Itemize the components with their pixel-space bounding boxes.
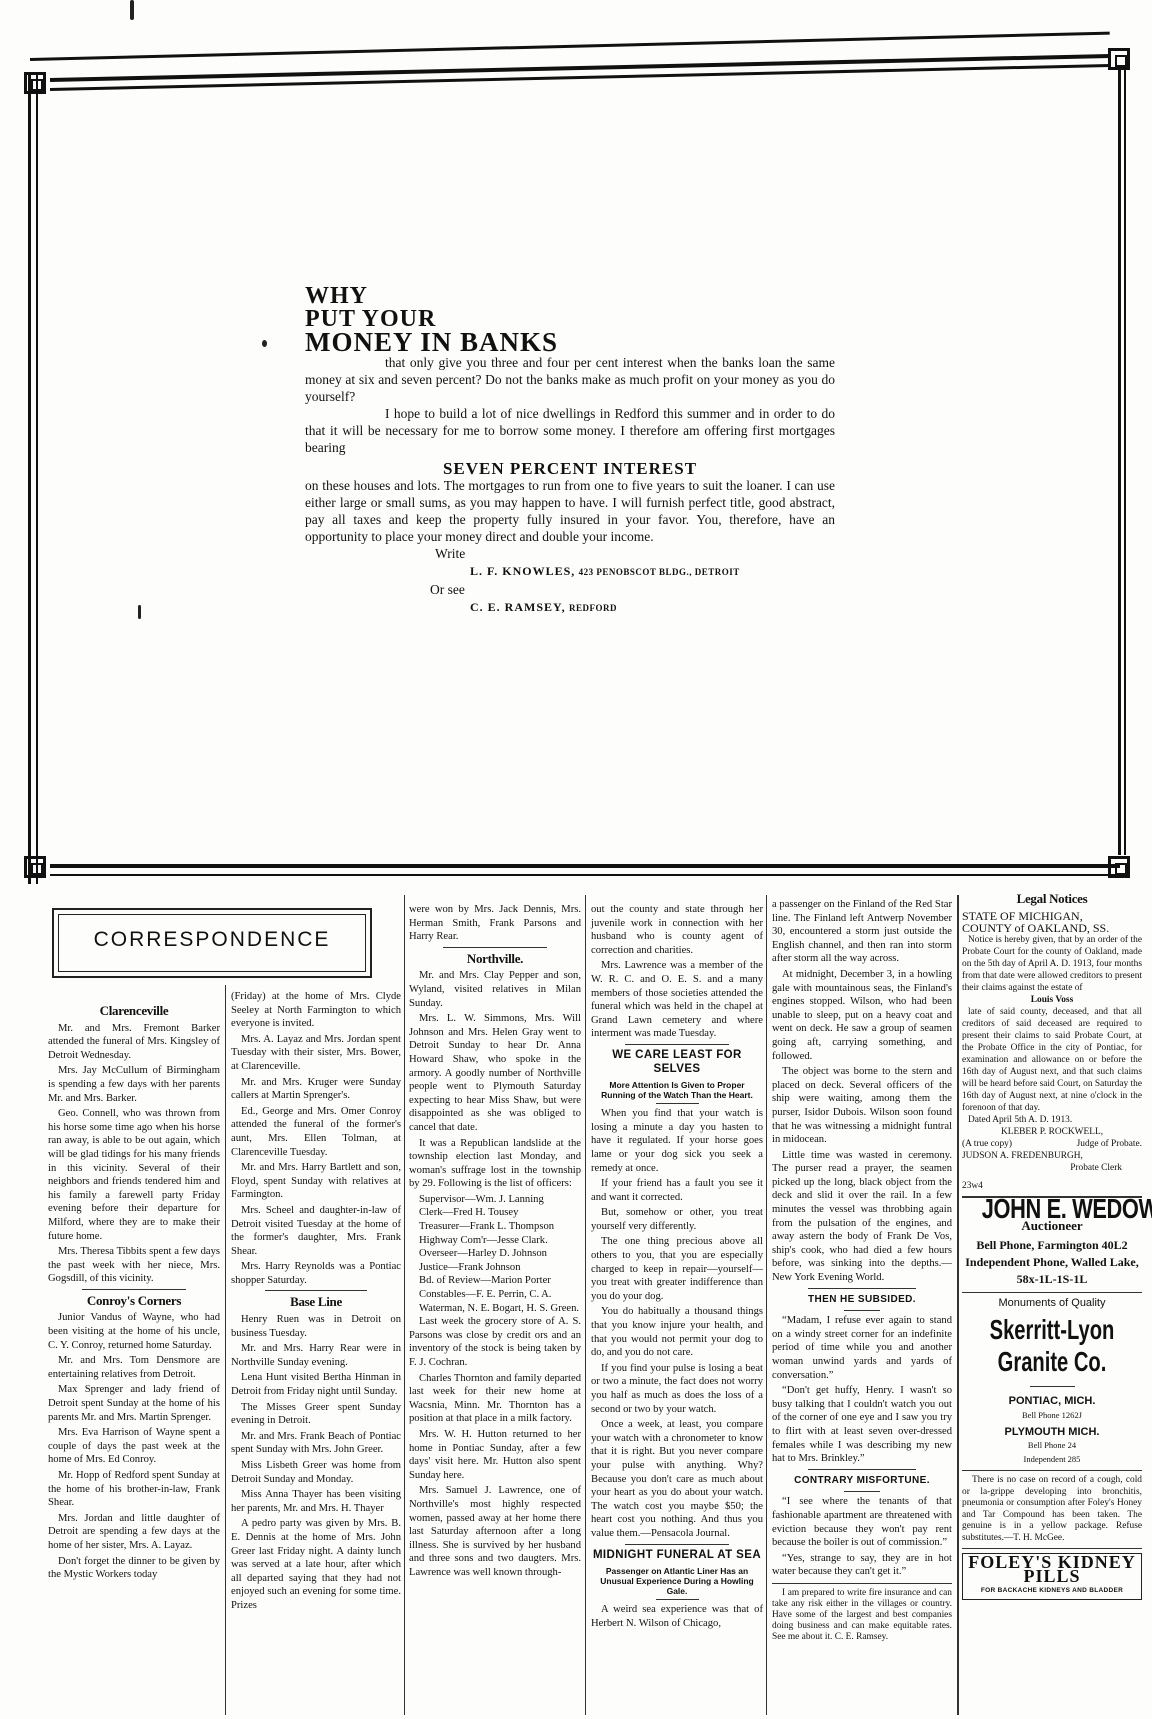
divider (808, 1288, 916, 1289)
print-speck (130, 0, 134, 20)
section-heading-northville: Northville. (409, 952, 581, 966)
article-paragraph: At midnight, December 3, in a howling ga… (772, 968, 952, 1063)
column-4: out the county and state through her juv… (591, 903, 763, 1632)
foley-brand: FOLEY'S KIDNEY PILLS (963, 1556, 1141, 1583)
ad-or-see-label: Or see (430, 581, 835, 598)
divider (1030, 1386, 1075, 1387)
article-paragraph: But, somehow or other, you treat yoursel… (591, 1206, 763, 1233)
newspaper-page: WHY PUT YOUR MONEY IN BANKS that only gi… (0, 0, 1152, 1719)
legal-judge-title: Judge of Probate. (1077, 1138, 1142, 1150)
divider (962, 1548, 1142, 1549)
insurance-notice: I am prepared to write fire insurance an… (772, 1588, 952, 1643)
news-item: Mr. and Mrs. Fremont Barker attended the… (48, 1022, 220, 1063)
legal-estate-name: Louis Voss (962, 994, 1142, 1006)
divider (656, 1103, 699, 1104)
news-item: Mr. and Mrs. Harry Rear were in Northvil… (231, 1342, 401, 1369)
contact-address: REDFORD (569, 603, 617, 613)
news-item: (Friday) at the home of Mrs. Clyde Seele… (231, 990, 401, 1031)
news-item: Mr. and Mrs. Tom Densmore are entertaini… (48, 1354, 220, 1381)
legal-judge: KLEBER P. ROCKWELL, (962, 1126, 1142, 1138)
article-heading-midnight-funeral: MIDNIGHT FUNERAL AT SEA (591, 1549, 763, 1563)
print-speck (262, 340, 267, 347)
correspondence-banner: CORRESPONDENCE (52, 908, 372, 978)
news-item: Lena Hunt visited Bertha Hinman in Detro… (231, 1371, 401, 1398)
ad-subheadline: SEVEN PERCENT INTEREST (305, 460, 835, 477)
foley-kidney-pills-ad: FOLEY'S KIDNEY PILLS FOR BACKACHE KIDNEY… (962, 1553, 1142, 1600)
monument-tagline: Monuments of Quality (962, 1297, 1142, 1311)
legal-notice: STATE OF MICHIGAN, COUNTY of OAKLAND, SS… (962, 910, 1142, 1192)
monument-city: PONTIAC, MICH. (962, 1395, 1142, 1409)
news-item: Mr. Hopp of Redford spent Sunday at the … (48, 1469, 220, 1510)
divider (772, 1583, 952, 1584)
divider (82, 1289, 185, 1290)
print-speck (138, 605, 141, 619)
section-heading-clarenceville: Clarenceville (48, 1004, 220, 1018)
news-item: Geo. Connell, who was thrown from his ho… (48, 1107, 220, 1243)
column-divider (957, 895, 959, 1715)
news-item: Mrs. Harry Reynolds was a Pontiac shoppe… (231, 1260, 401, 1287)
divider (962, 1292, 1142, 1293)
frame-rule-right (1118, 65, 1121, 855)
monument-phone: Independent 285 (962, 1453, 1142, 1467)
news-item: Mr. and Mrs. Frank Beach of Pontiac spen… (231, 1430, 401, 1457)
column-6: Legal Notices STATE OF MICHIGAN, COUNTY … (962, 888, 1142, 1600)
legal-body: Notice is hereby given, that by an order… (962, 934, 1142, 994)
news-item: Mrs. A. Layaz and Mrs. Jordan spent Tues… (231, 1033, 401, 1074)
column-2: (Friday) at the home of Mrs. Clyde Seele… (231, 990, 401, 1615)
frame-rule-bottom-inner (50, 874, 1120, 876)
contact-address: 423 PENOBSCOT BLDG., DETROIT (579, 567, 740, 577)
officers-list: Supervisor—Wm. J. Lanning Clerk—Fred H. … (409, 1193, 581, 1315)
advertisement-body: WHY PUT YOUR MONEY IN BANKS that only gi… (305, 285, 835, 617)
news-item: Mr. and Mrs. Kruger were Sunday callers … (231, 1076, 401, 1103)
legal-clerk-title: Probate Clerk (962, 1162, 1142, 1174)
headline-line-3: MONEY IN BANKS (305, 331, 835, 354)
section-heading-base-line: Base Line (231, 1295, 401, 1309)
legal-body: late of said county, deceased, and that … (962, 1006, 1142, 1114)
ad-contact-2: C. E. RAMSEY, REDFORD (470, 598, 835, 617)
article-paragraph: a passenger on the Finland of the Red St… (772, 898, 952, 966)
officer-entry: Justice—Frank Johnson (419, 1261, 581, 1275)
article-paragraph: “Don't get huffy, Henry. I wasn't so bus… (772, 1384, 952, 1466)
column-divider (585, 895, 586, 1715)
news-item: Junior Vandus of Wayne, who had been vis… (48, 1311, 220, 1352)
divider (625, 1044, 728, 1045)
news-item: Mrs. Jordan and little daughter of Detro… (48, 1512, 220, 1553)
article-heading-then-he-subsided: THEN HE SUBSIDED. (772, 1293, 952, 1307)
column-3: were won by Mrs. Jack Dennis, Mrs. Herma… (409, 903, 581, 1582)
divider (443, 947, 546, 948)
section-heading-conroys-corners: Conroy's Corners (48, 1294, 220, 1308)
news-item: Ed., George and Mrs. Omer Conroy attende… (231, 1105, 401, 1159)
divider (844, 1491, 880, 1492)
news-item: Mrs. Theresa Tibbits spent a few days th… (48, 1245, 220, 1286)
news-item: A pedro party was given by Mrs. B. E. De… (231, 1517, 401, 1612)
news-item: Max Sprenger and lady friend of Detroit … (48, 1383, 220, 1424)
news-item: were won by Mrs. Jack Dennis, Mrs. Herma… (409, 903, 581, 944)
frame-corner-ornament (24, 856, 46, 878)
news-item: It was a Republican landslide at the tow… (409, 1137, 581, 1191)
frame-rule-left (28, 74, 31, 884)
frame-rule-left-inner (36, 74, 38, 884)
news-item: Mrs. L. W. Simmons, Mrs. Will Johnson an… (409, 1012, 581, 1134)
foley-ad-text: There is no case on record of a cough, c… (962, 1475, 1142, 1544)
ad-write-label: Write (435, 545, 835, 562)
frame-corner-ornament (1108, 48, 1130, 70)
divider (844, 1310, 880, 1311)
foley-tagline: FOR BACKACHE KIDNEYS AND BLADDER (963, 1584, 1141, 1598)
officer-entry: Overseer—Harley D. Johnson (419, 1247, 581, 1261)
news-item: Mrs. Scheel and daughter-in-law of Detro… (231, 1204, 401, 1258)
monument-company-name: Granite Co. (987, 1346, 1117, 1378)
column-divider (404, 895, 405, 1715)
divider (962, 1470, 1142, 1471)
divider (808, 1469, 916, 1470)
legal-dated: Dated April 5th A. D. 1913. (962, 1114, 1142, 1126)
monument-city: PLYMOUTH MICH. (962, 1426, 1142, 1440)
article-paragraph: The one thing precious above all others … (591, 1235, 763, 1303)
article-subheading: Passenger on Atlantic Liner Has an Unusu… (591, 1566, 763, 1596)
auctioneer-ad: JOHN E. WEDOW Auctioneer Bell Phone, Far… (962, 1202, 1142, 1288)
legal-true-copy: (A true copy) (962, 1138, 1012, 1150)
frame-rule-top-outer (30, 32, 1110, 61)
ad-contact-1: L. F. KNOWLES, 423 PENOBSCOT BLDG., DETR… (470, 562, 835, 581)
news-item: The Misses Greer spent Sunday evening in… (231, 1401, 401, 1428)
ad-paragraph: that only give you three and four per ce… (305, 354, 835, 405)
legal-clerk: JUDSON A. FREDENBURGH, (962, 1150, 1142, 1162)
news-item: Mrs. Samuel J. Lawrence, one of Northvil… (409, 1484, 581, 1579)
article-paragraph: If your friend has a fault you see it an… (591, 1177, 763, 1204)
contact-name: C. E. RAMSEY, (470, 600, 566, 614)
news-item: out the county and state through her juv… (591, 903, 763, 957)
article-paragraph: Once a week, at least, you compare your … (591, 1418, 763, 1540)
article-paragraph: “I see where the tenants of that fashion… (772, 1495, 952, 1549)
news-item: Mrs. Eva Harrison of Wayne spent a coupl… (48, 1426, 220, 1467)
article-paragraph: Little time was wasted in ceremony. The … (772, 1149, 952, 1285)
article-heading-we-care-least: WE CARE LEAST FOR SELVES (591, 1049, 763, 1076)
ad-paragraph: on these houses and lots. The mortgages … (305, 477, 835, 545)
headline-line-1: WHY (305, 285, 835, 308)
ad-paragraph: I hope to build a lot of nice dwellings … (305, 405, 835, 456)
legal-code: 23w4 (962, 1180, 1142, 1192)
news-item: Don't forget the dinner to be given by t… (48, 1555, 220, 1582)
officer-entry: Bd. of Review—Marion Porter (419, 1274, 581, 1288)
legal-county: COUNTY of OAKLAND, SS. (962, 922, 1142, 934)
news-item: Last week the grocery store of A. S. Par… (409, 1315, 581, 1369)
auctioneer-phone: Bell Phone, Farmington 40L2 (962, 1237, 1142, 1254)
officer-entry: Highway Com'r—Jesse Clark. (419, 1234, 581, 1248)
legal-signature-row: (A true copy) Judge of Probate. (962, 1138, 1142, 1150)
divider (265, 1290, 367, 1291)
ad-headline: WHY PUT YOUR MONEY IN BANKS (305, 285, 835, 354)
news-item: Mrs. Jay McCullum of Birmingham is spend… (48, 1064, 220, 1105)
news-item: Mrs. Lawrence was a member of the W. R. … (591, 959, 763, 1041)
contact-name: L. F. KNOWLES, (470, 564, 575, 578)
frame-rule-bottom (50, 864, 1120, 868)
officer-entry: Clerk—Fred H. Tousey (419, 1206, 581, 1220)
auctioneer-name: JOHN E. WEDOW (982, 1202, 1122, 1216)
monument-ad: Monuments of Quality Skerritt-Lyon Grani… (962, 1297, 1142, 1467)
monument-company-name: Skerritt-Lyon (987, 1314, 1117, 1346)
legal-state: STATE OF MICHIGAN, (962, 910, 1142, 922)
news-item: Mrs. W. H. Hutton returned to her home i… (409, 1428, 581, 1482)
correspondence-title: CORRESPONDENCE (54, 928, 370, 952)
column-1: Clarenceville Mr. and Mrs. Fremont Barke… (48, 1000, 220, 1584)
auctioneer-phone: Independent Phone, Walled Lake, 58x-1L-1… (962, 1254, 1142, 1288)
news-item: Miss Lisbeth Greer was home from Detroit… (231, 1459, 401, 1486)
officer-entry: Supervisor—Wm. J. Lanning (419, 1193, 581, 1207)
column-divider (225, 985, 226, 1715)
article-paragraph: “Yes, strange to say, they are in hot wa… (772, 1552, 952, 1579)
monument-phone: Bell Phone 24 (962, 1439, 1142, 1453)
article-paragraph: If you find your pulse is losing a beat … (591, 1362, 763, 1416)
news-item: Henry Ruen was in Detroit on business Tu… (231, 1313, 401, 1340)
monument-phone: Bell Phone 1262J (962, 1409, 1142, 1423)
frame-corner-ornament (24, 72, 46, 94)
legal-notices-heading: Legal Notices (962, 892, 1142, 906)
officer-entry: Treasurer—Frank L. Thompson (419, 1220, 581, 1234)
news-item: Charles Thornton and family departed las… (409, 1372, 581, 1426)
news-item: Miss Anna Thayer has been visiting her p… (231, 1488, 401, 1515)
officer-entry: Constables—F. E. Perrin, C. A. Waterman,… (419, 1288, 581, 1315)
news-item: Mr. and Mrs. Clay Pepper and son, Wyland… (409, 969, 581, 1010)
news-item: Mr. and Mrs. Harry Bartlett and son, Flo… (231, 1161, 401, 1202)
article-subheading: More Attention Is Given to Proper Runnin… (591, 1080, 763, 1100)
article-heading-contrary-misfortune: CONTRARY MISFORTUNE. (772, 1474, 952, 1488)
column-5: a passenger on the Finland of the Red St… (772, 898, 952, 1645)
divider (625, 1544, 728, 1545)
article-paragraph: The object was borne to the stern and pl… (772, 1065, 952, 1147)
article-paragraph: You do habitually a thousand things that… (591, 1305, 763, 1359)
article-paragraph: A weird sea experience was that of Herbe… (591, 1603, 763, 1630)
article-paragraph: When you find that your watch is losing … (591, 1107, 763, 1175)
article-paragraph: “Madam, I refuse ever again to stand on … (772, 1314, 952, 1382)
column-divider (766, 895, 767, 1715)
frame-rule-right-inner (1124, 65, 1126, 855)
divider (656, 1599, 699, 1600)
frame-corner-ornament (1108, 856, 1130, 878)
